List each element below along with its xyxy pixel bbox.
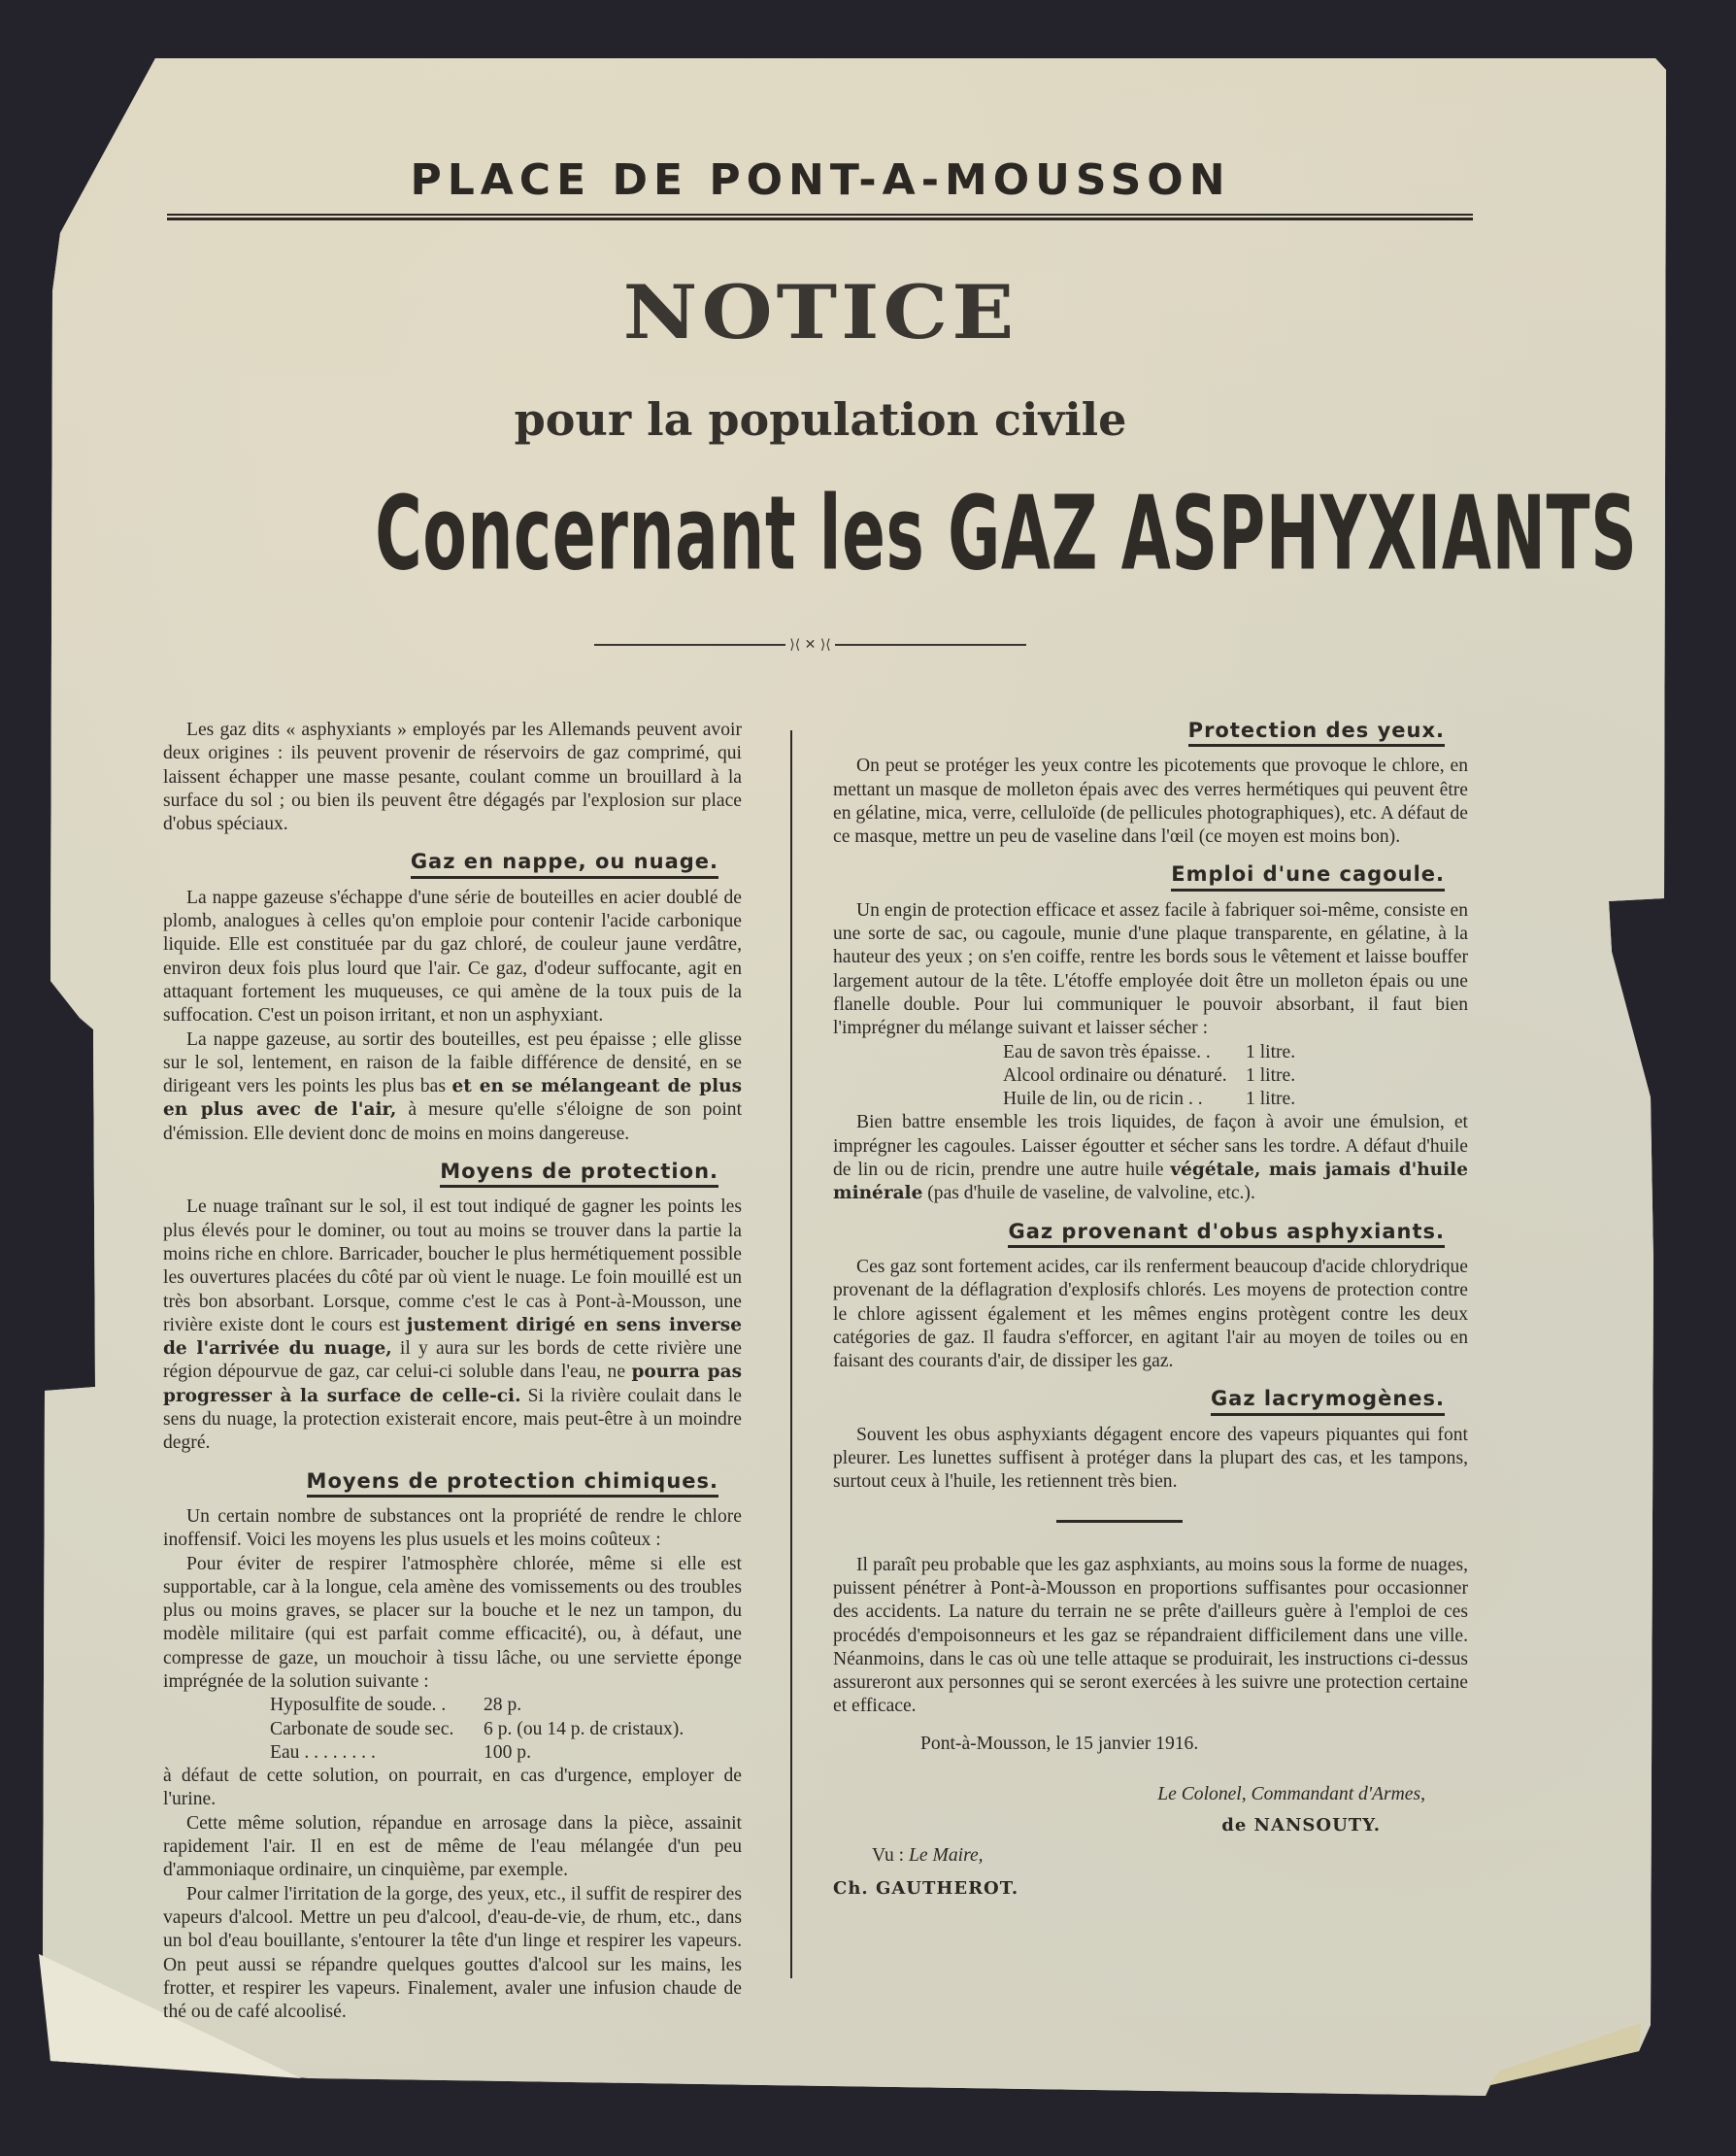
ornament-divider: ⟩⟨ ✕ ⟩⟨ [594, 639, 1026, 651]
paragraph: Le nuage traînant sur le sol, il est tou… [163, 1196, 742, 1455]
section-heading: Moyens de protection. [163, 1160, 742, 1188]
mayor-title: Le Maire, [909, 1845, 984, 1866]
paragraph: Bien battre ensemble les trois liquides,… [833, 1111, 1468, 1205]
recipe-row: Eau de savon très épaisse. .1 litre. [1003, 1041, 1468, 1064]
closing-rule [1056, 1520, 1183, 1523]
paragraph: à défaut de cette solution, on pourrait,… [163, 1765, 742, 1812]
conclusion-paragraph: Il paraît peu probable que les gaz asphx… [833, 1554, 1468, 1719]
recipe-qty: 1 litre. [1246, 1088, 1295, 1111]
recipe-row: Hyposulfite de soude. .28 p. [270, 1694, 742, 1717]
paragraph: On peut se protéger les yeux contre les … [833, 755, 1468, 849]
ornament-icon: ⟩⟨ ✕ ⟩⟨ [785, 637, 834, 653]
left-column: Les gaz dits « asphyxiants » employés pa… [163, 719, 742, 2024]
section-heading: Moyens de protection chimiques. [163, 1469, 742, 1498]
notice-headline: Concernant les GAZ ASPHYXIANTS [375, 474, 1265, 593]
notice-title: NOTICE [165, 269, 1476, 355]
paragraph: Un certain nombre de substances ont la p… [163, 1505, 742, 1553]
dateline: Pont-à-Mousson, le 15 janvier 1916. [920, 1733, 1468, 1756]
recipe-row: Alcool ordinaire ou dénaturé.1 litre. [1003, 1064, 1468, 1088]
section-heading: Emploi d'une cagoule. [833, 862, 1468, 891]
paragraph: Un engin de protection efficace et assez… [833, 899, 1468, 1041]
paragraph: Pour éviter de respirer l'atmosphère chl… [163, 1553, 742, 1695]
intro-paragraph: Les gaz dits « asphyxiants » employés pa… [163, 719, 742, 836]
recipe-list: Hyposulfite de soude. .28 p. Carbonate d… [270, 1694, 742, 1765]
right-column: Protection des yeux. On peut se protéger… [833, 719, 1468, 1901]
section-title-gaz-lacrymogenes: Gaz lacrymogènes. [1211, 1387, 1445, 1415]
mayor-approval: Vu : Le Maire, [872, 1844, 1468, 1868]
colonel-name: de NANSOUTY. [833, 1814, 1381, 1837]
recipe-list: Eau de savon très épaisse. .1 litre. Alc… [1003, 1041, 1468, 1112]
place-heading: PLACE DE PONT-A-MOUSSON [165, 155, 1476, 205]
colonel-title: Le Colonel, Commandant d'Armes, [833, 1783, 1425, 1806]
notice-subtitle: pour la population civile [165, 393, 1476, 446]
section-heading: Gaz lacrymogènes. [833, 1387, 1468, 1415]
vu-label: Vu : [872, 1845, 904, 1866]
ornament-line-right [835, 644, 1026, 646]
section-heading: Gaz en nappe, ou nuage. [163, 850, 742, 878]
recipe-qty: 28 p. [484, 1694, 521, 1717]
paragraph: Cette même solution, répandue en arrosag… [163, 1812, 742, 1883]
recipe-item: Carbonate de soude sec. [270, 1718, 484, 1741]
section-heading: Gaz provenant d'obus asphyxiants. [833, 1220, 1468, 1248]
recipe-row: Eau . . . . . . . .100 p. [270, 1741, 742, 1765]
section-title-protection-des-yeux: Protection des yeux. [1188, 719, 1445, 747]
recipe-qty: 1 litre. [1246, 1064, 1295, 1088]
section-title-gaz-en-nappe: Gaz en nappe, ou nuage. [411, 850, 718, 878]
recipe-item: Alcool ordinaire ou dénaturé. [1003, 1064, 1246, 1088]
section-title-cagoule: Emploi d'une cagoule. [1171, 862, 1445, 891]
recipe-item: Eau . . . . . . . . [270, 1741, 484, 1765]
header-rule [167, 214, 1473, 220]
section-title-moyens-de-protection: Moyens de protection. [440, 1160, 718, 1188]
recipe-item: Eau de savon très épaisse. . [1003, 1041, 1246, 1064]
recipe-row: Huile de lin, ou de ricin . .1 litre. [1003, 1088, 1468, 1111]
recipe-row: Carbonate de soude sec.6 p. (ou 14 p. de… [270, 1718, 742, 1741]
paragraph: Pour calmer l'irritation de la gorge, de… [163, 1883, 742, 2025]
paragraph: La nappe gazeuse, au sortir des bouteill… [163, 1028, 742, 1146]
mayor-name: Ch. GAUTHEROT. [833, 1877, 1468, 1901]
section-heading: Protection des yeux. [833, 719, 1468, 747]
notice-document: PLACE DE PONT-A-MOUSSON NOTICE pour la p… [0, 0, 1736, 2156]
recipe-qty: 100 p. [484, 1741, 531, 1765]
recipe-item: Huile de lin, ou de ricin . . [1003, 1088, 1246, 1111]
section-title-moyens-chimiques: Moyens de protection chimiques. [307, 1469, 718, 1498]
section-title-obus-asphyxiants: Gaz provenant d'obus asphyxiants. [1008, 1220, 1445, 1248]
paragraph: Souvent les obus asphyxiants dégagent en… [833, 1424, 1468, 1495]
paragraph: Ces gaz sont fortement acides, car ils r… [833, 1256, 1468, 1373]
column-divider [790, 730, 792, 1978]
recipe-qty: 1 litre. [1246, 1041, 1295, 1064]
recipe-qty: 6 p. (ou 14 p. de cristaux). [484, 1718, 684, 1741]
paragraph: La nappe gazeuse s'échappe d'une série d… [163, 887, 742, 1028]
text-run: (pas d'huile de vaseline, de valvoline, … [927, 1183, 1255, 1203]
ornament-line-left [594, 644, 785, 646]
recipe-item: Hyposulfite de soude. . [270, 1694, 484, 1717]
